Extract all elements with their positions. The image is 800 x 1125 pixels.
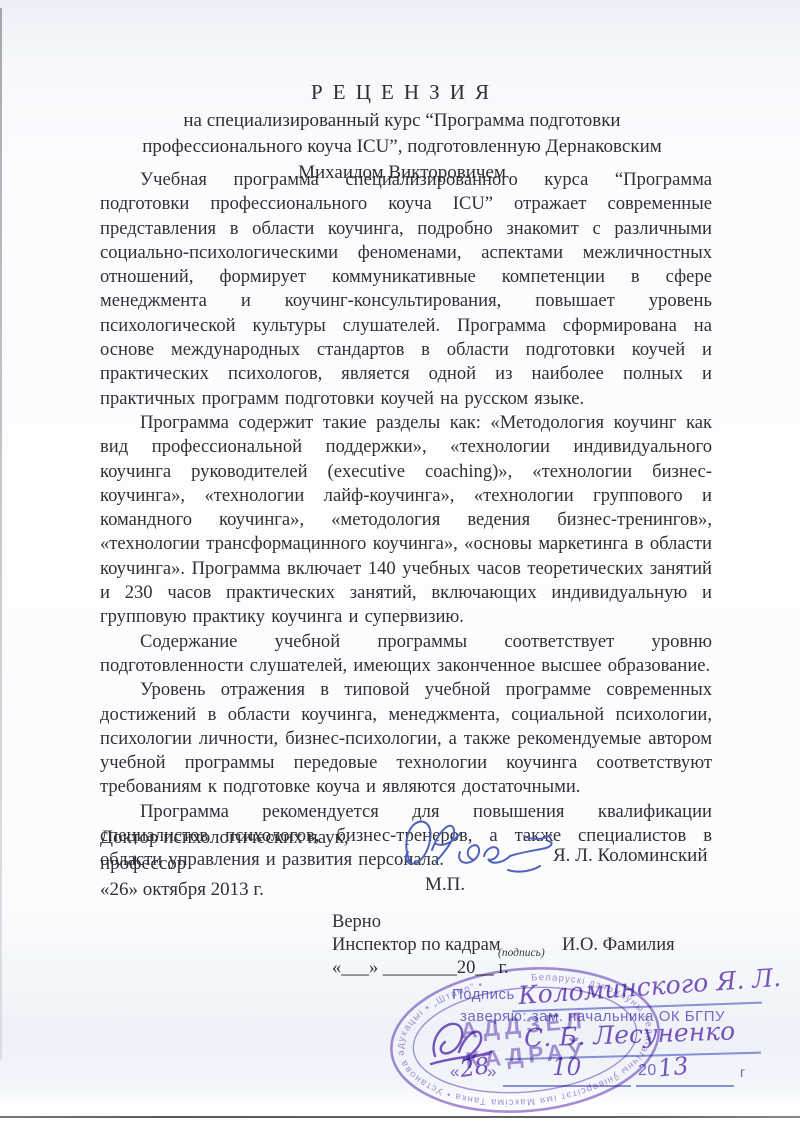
paragraph-4: Уровень отражения в типовой учебной прог… xyxy=(100,678,712,799)
paragraph-3: Содержание учебной программы соответству… xyxy=(100,630,712,679)
reviewer-signature-icon xyxy=(388,810,563,888)
paragraph-1: Учебная программа специализированного ку… xyxy=(100,168,712,411)
reviewer-name: Я. Л. Коломинский xyxy=(553,845,708,867)
oval-stamp: Беларускі дзяржаўны педагагічны ўніверсі… xyxy=(377,951,673,1125)
verified-label: Верно xyxy=(332,912,381,933)
inspector-position: Инспектор по кадрам xyxy=(332,935,501,956)
reviewer-degree-line1: Доктор психологических наук, xyxy=(100,825,349,851)
paragraph-2: Программа содержит такие разделы как: «М… xyxy=(100,411,712,630)
scan-left-edge xyxy=(0,8,2,1060)
document-body: Учебная программа специализированного ку… xyxy=(100,168,712,873)
seal-placeholder: М.П. xyxy=(425,874,465,896)
document-title: РЕЦЕНЗИЯ xyxy=(0,80,800,105)
scanned-document-page: РЕЦЕНЗИЯ на специализированный курс “Про… xyxy=(0,0,800,1125)
reviewer-degree-line2: профессор xyxy=(100,851,186,877)
stamp-year-suffix: г xyxy=(740,1064,746,1080)
review-date: «26» октября 2013 г. xyxy=(100,877,264,903)
